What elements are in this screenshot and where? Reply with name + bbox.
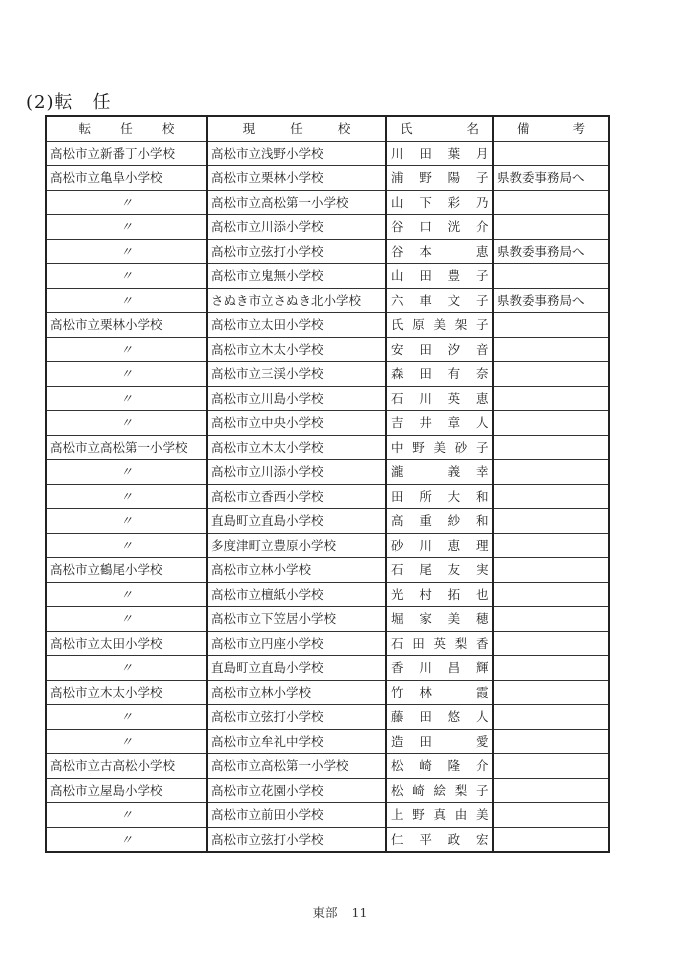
remarks-cell	[493, 141, 609, 166]
name-char: 霞	[476, 681, 488, 704]
current-school-cell: 高松市立木太小学校	[207, 337, 386, 362]
name-char: 絵	[434, 779, 446, 802]
ditto-mark: 〃	[46, 337, 207, 362]
name-char: 紗	[448, 509, 460, 532]
remarks-cell	[493, 386, 609, 411]
remarks-cell	[493, 705, 609, 730]
remarks-cell	[493, 533, 609, 558]
name-char: 川	[391, 142, 403, 165]
name-char: 川	[419, 387, 431, 410]
name-char: 悠	[448, 705, 460, 728]
name-char: 石	[391, 387, 403, 410]
name-cell: 森田有奈	[386, 362, 493, 387]
name-char: 美	[476, 803, 488, 826]
name-char: 和	[476, 485, 488, 508]
current-school-cell: 高松市立弦打小学校	[207, 239, 386, 264]
ditto-mark: 〃	[46, 533, 207, 558]
name-char: 原	[412, 313, 424, 336]
name-cell: 谷本恵	[386, 239, 493, 264]
name-char: 梨	[455, 632, 467, 655]
ditto-mark: 〃	[46, 386, 207, 411]
name-char: 洸	[448, 215, 460, 238]
name-cell: 吉井章人	[386, 411, 493, 436]
name-cell: 川田葉月	[386, 141, 493, 166]
table-row: 高松市立古高松小学校高松市立高松第一小学校松崎隆介	[46, 754, 609, 779]
name-char: 章	[448, 411, 460, 434]
ditto-mark: 〃	[46, 215, 207, 240]
name-char: 子	[476, 289, 488, 312]
name-char: 石	[391, 632, 403, 655]
current-school-cell: 高松市立弦打小学校	[207, 827, 386, 852]
name-char: 汐	[448, 338, 460, 361]
name-cell: 仁平政宏	[386, 827, 493, 852]
name-char: 谷	[391, 240, 403, 263]
remarks-cell	[493, 729, 609, 754]
current-school-cell: 直島町立直島小学校	[207, 509, 386, 534]
name-char: 人	[476, 411, 488, 434]
person-name: 中野美砂子	[390, 436, 489, 459]
remarks-cell	[493, 362, 609, 387]
remarks-cell	[493, 411, 609, 436]
name-cell: 竹林霞	[386, 680, 493, 705]
name-char: 造	[391, 730, 403, 753]
name-char: 浦	[391, 166, 403, 189]
name-char	[448, 730, 460, 753]
name-char: 川	[419, 534, 431, 557]
remarks-cell	[493, 754, 609, 779]
name-cell: 砂川恵理	[386, 533, 493, 558]
new-school-cell: 高松市立新番丁小学校	[46, 141, 207, 166]
remarks-cell	[493, 460, 609, 485]
name-char: 瀧	[391, 460, 403, 483]
new-school-cell: 高松市立鶴尾小学校	[46, 558, 207, 583]
name-char: 家	[419, 607, 431, 630]
table-row: 〃直島町立直島小学校香川昌輝	[46, 656, 609, 681]
ditto-mark: 〃	[46, 190, 207, 215]
name-char: 美	[434, 436, 446, 459]
ditto-mark: 〃	[46, 484, 207, 509]
name-cell: 石田英梨香	[386, 631, 493, 656]
current-school-cell: 高松市立円座小学校	[207, 631, 386, 656]
name-cell: 光村拓也	[386, 582, 493, 607]
name-char: 英	[434, 632, 446, 655]
name-char: 月	[476, 142, 488, 165]
name-char: 重	[419, 509, 431, 532]
name-char: 政	[448, 828, 460, 851]
name-cell: 造田愛	[386, 729, 493, 754]
name-char	[448, 240, 460, 263]
name-char: 恵	[476, 240, 488, 263]
name-char: 美	[448, 607, 460, 630]
header-char: 転	[79, 117, 92, 140]
name-char: 子	[476, 264, 488, 287]
person-name: 藤田悠人	[390, 705, 489, 728]
current-school-cell: 高松市立花園小学校	[207, 778, 386, 803]
table-row: 〃高松市立前田小学校上野真由美	[46, 803, 609, 828]
name-char: 由	[455, 803, 467, 826]
name-char: 香	[391, 656, 403, 679]
name-cell: 石川英恵	[386, 386, 493, 411]
name-char: 野	[419, 166, 431, 189]
name-char: 陽	[448, 166, 460, 189]
name-char: 田	[419, 142, 431, 165]
name-char: 有	[448, 362, 460, 385]
section-title: (2)転 任	[26, 88, 112, 114]
remarks-cell	[493, 827, 609, 852]
name-char: 英	[448, 387, 460, 410]
current-school-cell: 高松市立栗林小学校	[207, 166, 386, 191]
person-name: 山田豊子	[390, 264, 489, 287]
name-char: 子	[476, 166, 488, 189]
name-char: 仁	[391, 828, 403, 851]
ditto-mark: 〃	[46, 729, 207, 754]
header-char: 備	[517, 117, 530, 140]
ditto-mark: 〃	[46, 705, 207, 730]
current-school-cell: 高松市立木太小学校	[207, 435, 386, 460]
person-name: 浦野陽子	[390, 166, 489, 189]
table-row: 〃高松市立下笠居小学校堀家美穂	[46, 607, 609, 632]
person-name: 石川英恵	[390, 387, 489, 410]
header-current-school: 現任校	[207, 116, 386, 141]
current-school-cell: 高松市立弦打小学校	[207, 705, 386, 730]
name-char: 奈	[476, 362, 488, 385]
section-number: (2)	[26, 92, 55, 113]
name-char: 拓	[448, 583, 460, 606]
name-char: 田	[419, 730, 431, 753]
name-char: 松	[391, 779, 403, 802]
name-cell: 石尾友実	[386, 558, 493, 583]
table-row: 〃高松市立高松第一小学校山下彩乃	[46, 190, 609, 215]
current-school-cell: 高松市立林小学校	[207, 680, 386, 705]
name-char: 架	[455, 313, 467, 336]
person-name: 高重紗和	[390, 509, 489, 532]
table-row: 〃高松市立檀紙小学校光村拓也	[46, 582, 609, 607]
name-char: 山	[391, 264, 403, 287]
person-name: 六車文子	[390, 289, 489, 312]
name-char: 野	[412, 436, 424, 459]
name-cell: 香川昌輝	[386, 656, 493, 681]
current-school-cell: 高松市立林小学校	[207, 558, 386, 583]
person-name: 香川昌輝	[390, 656, 489, 679]
ditto-mark: 〃	[46, 239, 207, 264]
current-school-cell: 高松市立川島小学校	[207, 386, 386, 411]
name-char: 真	[434, 803, 446, 826]
ditto-mark: 〃	[46, 288, 207, 313]
table-row: 高松市立亀阜小学校高松市立栗林小学校浦野陽子県教委事務局へ	[46, 166, 609, 191]
person-name: 砂川恵理	[390, 534, 489, 557]
name-char: 豊	[448, 264, 460, 287]
name-char: 介	[476, 754, 488, 777]
person-name: 谷本恵	[390, 240, 489, 263]
ditto-mark: 〃	[46, 460, 207, 485]
name-char: 口	[419, 215, 431, 238]
header-char: 任	[120, 117, 133, 140]
header-char: 校	[162, 117, 175, 140]
table-row: 高松市立鶴尾小学校高松市立林小学校石尾友実	[46, 558, 609, 583]
name-char: 隆	[448, 754, 460, 777]
current-school-cell: 高松市立檀紙小学校	[207, 582, 386, 607]
name-cell: 六車文子	[386, 288, 493, 313]
remarks-cell: 県教委事務局へ	[493, 288, 609, 313]
name-char: 崎	[412, 779, 424, 802]
name-char: 也	[476, 583, 488, 606]
table-row: 〃高松市立鬼無小学校山田豊子	[46, 264, 609, 289]
current-school-cell: 高松市立下笠居小学校	[207, 607, 386, 632]
remarks-cell	[493, 337, 609, 362]
name-cell: 山田豊子	[386, 264, 493, 289]
header-new-school: 転任校	[46, 116, 207, 141]
name-cell: 山下彩乃	[386, 190, 493, 215]
person-name: 石尾友実	[390, 558, 489, 581]
name-char: 子	[476, 436, 488, 459]
person-name: 森田有奈	[390, 362, 489, 385]
name-char: 美	[434, 313, 446, 336]
table-row: 〃高松市立川添小学校瀧義幸	[46, 460, 609, 485]
name-char: 山	[391, 191, 403, 214]
new-school-cell: 高松市立太田小学校	[46, 631, 207, 656]
name-char: 音	[476, 338, 488, 361]
name-char: 葉	[448, 142, 460, 165]
table-row: 〃さぬき市立さぬき北小学校六車文子県教委事務局へ	[46, 288, 609, 313]
remarks-cell	[493, 313, 609, 338]
ditto-mark: 〃	[46, 656, 207, 681]
current-school-cell: 高松市立香西小学校	[207, 484, 386, 509]
name-cell: 中野美砂子	[386, 435, 493, 460]
name-char: 和	[476, 509, 488, 532]
name-char: 本	[419, 240, 431, 263]
remarks-cell	[493, 631, 609, 656]
name-char: 氏	[391, 313, 403, 336]
table-row: 高松市立新番丁小学校高松市立浅野小学校川田葉月	[46, 141, 609, 166]
name-char: 田	[419, 362, 431, 385]
name-char: 義	[448, 460, 460, 483]
name-char: 野	[412, 803, 424, 826]
person-name: 瀧義幸	[390, 460, 489, 483]
table-row: 〃直島町立直島小学校高重紗和	[46, 509, 609, 534]
name-cell: 安田汐音	[386, 337, 493, 362]
name-char: 竹	[391, 681, 403, 704]
name-char: 村	[419, 583, 431, 606]
remarks-cell	[493, 484, 609, 509]
name-char: 所	[419, 485, 431, 508]
name-char: 愛	[476, 730, 488, 753]
remarks-cell	[493, 190, 609, 215]
name-char: 大	[448, 485, 460, 508]
current-school-cell: 高松市立川添小学校	[207, 215, 386, 240]
header-char: 現	[243, 117, 256, 140]
ditto-mark: 〃	[46, 411, 207, 436]
name-char: 光	[391, 583, 403, 606]
remarks-cell	[493, 680, 609, 705]
name-char: 田	[419, 264, 431, 287]
ditto-mark: 〃	[46, 509, 207, 534]
name-char: 川	[419, 656, 431, 679]
name-char: 穂	[476, 607, 488, 630]
current-school-cell: 高松市立前田小学校	[207, 803, 386, 828]
table-row: 〃多度津町立豊原小学校砂川恵理	[46, 533, 609, 558]
name-char: 平	[419, 828, 431, 851]
name-char: 幸	[476, 460, 488, 483]
page-number: 11	[352, 905, 368, 920]
name-char: 彩	[448, 191, 460, 214]
person-name: 光村拓也	[390, 583, 489, 606]
current-school-cell: 高松市立太田小学校	[207, 313, 386, 338]
name-char: 田	[412, 632, 424, 655]
table-row: 〃高松市立中央小学校吉井章人	[46, 411, 609, 436]
current-school-cell: 高松市立中央小学校	[207, 411, 386, 436]
name-char: 輝	[476, 656, 488, 679]
header-char: 校	[338, 117, 351, 140]
name-char: 車	[419, 289, 431, 312]
name-char: 友	[448, 558, 460, 581]
header-new-school-label: 転任校	[50, 117, 203, 140]
current-school-cell: 多度津町立豊原小学校	[207, 533, 386, 558]
header-current-school-label: 現任校	[211, 117, 382, 140]
name-char: 文	[448, 289, 460, 312]
name-cell: 上野真由美	[386, 803, 493, 828]
name-char: 安	[391, 338, 403, 361]
name-char: 理	[476, 534, 488, 557]
person-name: 川田葉月	[390, 142, 489, 165]
ditto-mark: 〃	[46, 264, 207, 289]
person-name: 上野真由美	[390, 803, 489, 826]
name-char: 梨	[455, 779, 467, 802]
person-name: 堀家美穂	[390, 607, 489, 630]
name-char: 宏	[476, 828, 488, 851]
header-char: 任	[290, 117, 303, 140]
person-name: 安田汐音	[390, 338, 489, 361]
remarks-cell	[493, 803, 609, 828]
remarks-cell	[493, 656, 609, 681]
name-char: 子	[476, 313, 488, 336]
name-char	[419, 460, 431, 483]
person-name: 造田愛	[390, 730, 489, 753]
remarks-cell	[493, 215, 609, 240]
name-cell: 谷口洸介	[386, 215, 493, 240]
name-cell: 高重紗和	[386, 509, 493, 534]
name-char: 下	[419, 191, 431, 214]
name-char: 香	[476, 632, 488, 655]
name-char: 六	[391, 289, 403, 312]
remarks-cell	[493, 607, 609, 632]
table-row: 〃高松市立弦打小学校藤田悠人	[46, 705, 609, 730]
name-cell: 田所大和	[386, 484, 493, 509]
name-cell: 堀家美穂	[386, 607, 493, 632]
name-cell: 瀧義幸	[386, 460, 493, 485]
name-char: 谷	[391, 215, 403, 238]
name-char: 実	[476, 558, 488, 581]
current-school-cell: 高松市立川添小学校	[207, 460, 386, 485]
new-school-cell: 高松市立亀阜小学校	[46, 166, 207, 191]
remarks-cell	[493, 435, 609, 460]
name-cell: 藤田悠人	[386, 705, 493, 730]
current-school-cell: 高松市立高松第一小学校	[207, 190, 386, 215]
name-char: 砂	[455, 436, 467, 459]
header-char: 氏	[400, 117, 413, 140]
new-school-cell: 高松市立古高松小学校	[46, 754, 207, 779]
name-cell: 松崎絵梨子	[386, 778, 493, 803]
person-name: 石田英梨香	[390, 632, 489, 655]
remarks-cell	[493, 509, 609, 534]
section-heading: 転 任	[55, 92, 112, 113]
new-school-cell: 高松市立木太小学校	[46, 680, 207, 705]
name-char: 中	[391, 436, 403, 459]
person-name: 仁平政宏	[390, 828, 489, 851]
name-char: 森	[391, 362, 403, 385]
name-char: 上	[391, 803, 403, 826]
header-remarks: 備考	[493, 116, 609, 141]
header-char: 名	[466, 117, 479, 140]
table-row: 高松市立太田小学校高松市立円座小学校石田英梨香	[46, 631, 609, 656]
ditto-mark: 〃	[46, 803, 207, 828]
ditto-mark: 〃	[46, 607, 207, 632]
table-row: 高松市立栗林小学校高松市立太田小学校氏原美架子	[46, 313, 609, 338]
new-school-cell: 高松市立栗林小学校	[46, 313, 207, 338]
name-char: 子	[476, 779, 488, 802]
table-row: 〃高松市立牟礼中学校造田愛	[46, 729, 609, 754]
person-name: 竹林霞	[390, 681, 489, 704]
person-name: 田所大和	[390, 485, 489, 508]
name-char: 砂	[391, 534, 403, 557]
name-char: 昌	[448, 656, 460, 679]
table-row: 〃高松市立川添小学校谷口洸介	[46, 215, 609, 240]
table-row: 〃高松市立三渓小学校森田有奈	[46, 362, 609, 387]
name-char: 恵	[448, 534, 460, 557]
ditto-mark: 〃	[46, 827, 207, 852]
new-school-cell: 高松市立屋島小学校	[46, 778, 207, 803]
footer-region: 東部	[313, 905, 338, 920]
table-row: 〃高松市立川島小学校石川英恵	[46, 386, 609, 411]
current-school-cell: 直島町立直島小学校	[207, 656, 386, 681]
remarks-cell	[493, 778, 609, 803]
table-row: 高松市立屋島小学校高松市立花園小学校松崎絵梨子	[46, 778, 609, 803]
name-char: 恵	[476, 387, 488, 410]
remarks-cell	[493, 582, 609, 607]
current-school-cell: さぬき市立さぬき北小学校	[207, 288, 386, 313]
name-char: 松	[391, 754, 403, 777]
current-school-cell: 高松市立鬼無小学校	[207, 264, 386, 289]
name-char	[448, 681, 460, 704]
person-name: 松崎隆介	[390, 754, 489, 777]
table-body: 高松市立新番丁小学校高松市立浅野小学校川田葉月高松市立亀阜小学校高松市立栗林小学…	[46, 141, 609, 852]
name-char: 林	[419, 681, 431, 704]
ditto-mark: 〃	[46, 582, 207, 607]
name-char: 田	[391, 485, 403, 508]
table-row: 高松市立高松第一小学校高松市立木太小学校中野美砂子	[46, 435, 609, 460]
ditto-mark: 〃	[46, 362, 207, 387]
table-row: 〃高松市立木太小学校安田汐音	[46, 337, 609, 362]
person-name: 氏原美架子	[390, 313, 489, 336]
table-row: 高松市立木太小学校高松市立林小学校竹林霞	[46, 680, 609, 705]
person-name: 吉井章人	[390, 411, 489, 434]
current-school-cell: 高松市立三渓小学校	[207, 362, 386, 387]
remarks-cell	[493, 558, 609, 583]
table-row: 〃高松市立弦打小学校谷本恵県教委事務局へ	[46, 239, 609, 264]
name-char: 石	[391, 558, 403, 581]
current-school-cell: 高松市立高松第一小学校	[207, 754, 386, 779]
remarks-cell: 県教委事務局へ	[493, 239, 609, 264]
name-char: 藤	[391, 705, 403, 728]
name-cell: 松崎隆介	[386, 754, 493, 779]
person-name: 谷口洸介	[390, 215, 489, 238]
name-char: 吉	[391, 411, 403, 434]
current-school-cell: 高松市立浅野小学校	[207, 141, 386, 166]
page-footer: 東部11	[0, 903, 680, 921]
name-cell: 浦野陽子	[386, 166, 493, 191]
table-header-row: 転任校 現任校 氏名 備考	[46, 116, 609, 141]
name-char: 高	[391, 509, 403, 532]
name-char: 尾	[419, 558, 431, 581]
